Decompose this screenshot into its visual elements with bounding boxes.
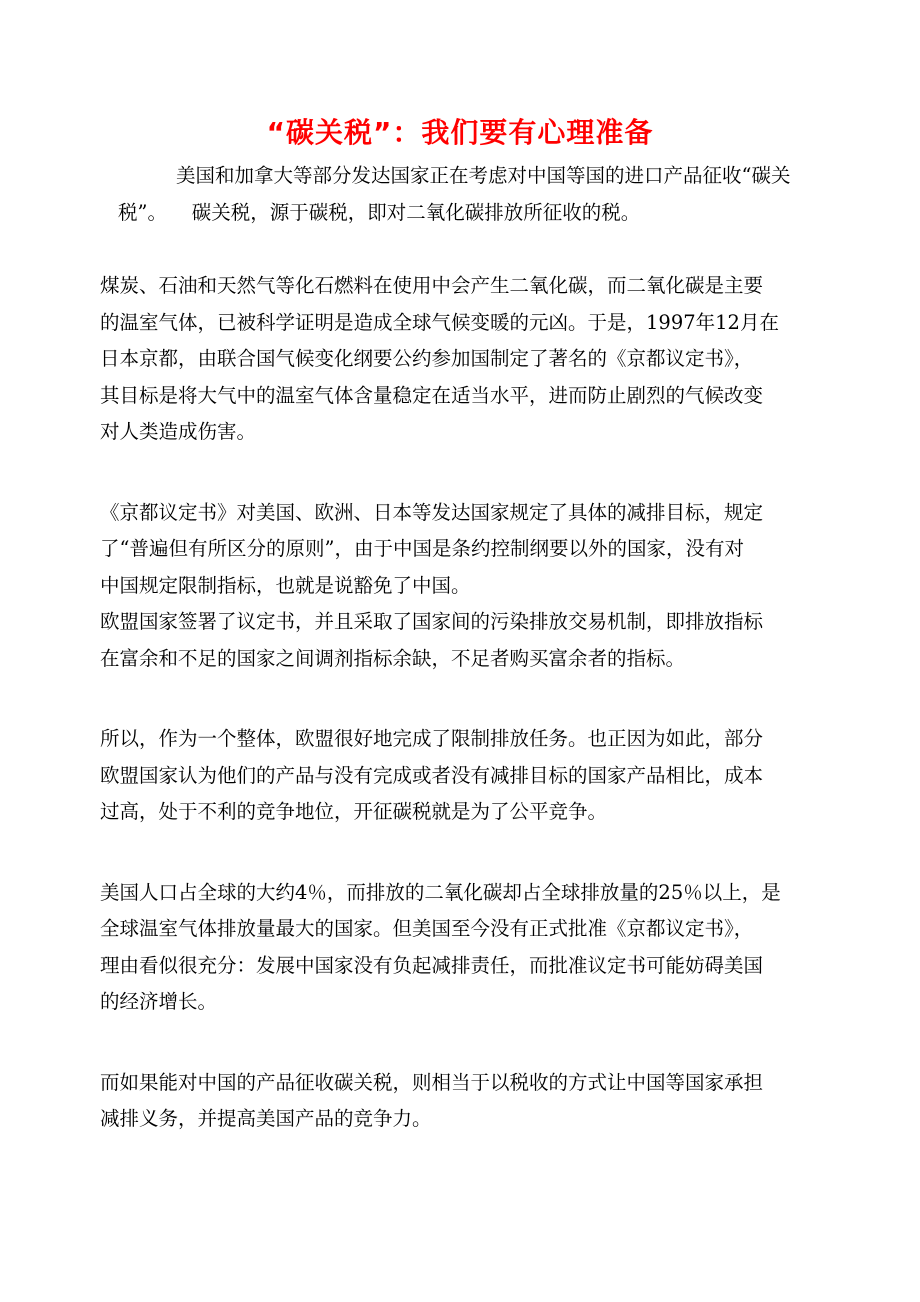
paragraph-kyoto-targets: 《京都议定书》对美国、欧洲、日本等发达国家规定了具体的减排目标，规定 了“普遍但… [100, 495, 800, 605]
document-body: 美国和加拿大等部分发达国家正在考虑对中国等国的进口产品征收“碳关 税”。 碳关税… [0, 158, 920, 1138]
document-header: “碳关税”：我们要有心理准备 [0, 0, 920, 153]
paragraph-china-tariff: 而如果能对中国的产品征收碳关税，则相当于以税收的方式让中国等国家承担 减排义务，… [100, 1065, 800, 1138]
document-page: “碳关税”：我们要有心理准备 美国和加拿大等部分发达国家正在考虑对中国等国的进口… [0, 0, 920, 1302]
paragraph-eu-competition: 所以，作为一个整体，欧盟很好地完成了限制排放任务。也正因为如此，部分 欧盟国家认… [100, 721, 800, 831]
document-title: “碳关税”：我们要有心理准备 [0, 113, 920, 153]
paragraph-us-emissions: 美国人口占全球的大约4％，而排放的二氧化碳却占全球排放量的25％以上，是 全球温… [100, 875, 800, 1021]
paragraph-eu-trading: 欧盟国家签署了议定书，并且采取了国家间的污染排放交易机制，即排放指标 在富余和不… [100, 604, 800, 677]
paragraph-intro: 美国和加拿大等部分发达国家正在考虑对中国等国的进口产品征收“碳关 税”。 碳关税… [118, 158, 800, 231]
paragraph-fossil-fuels: 煤炭、石油和天然气等化石燃料在使用中会产生二氧化碳，而二氧化碳是主要 的温室气体… [100, 268, 800, 451]
